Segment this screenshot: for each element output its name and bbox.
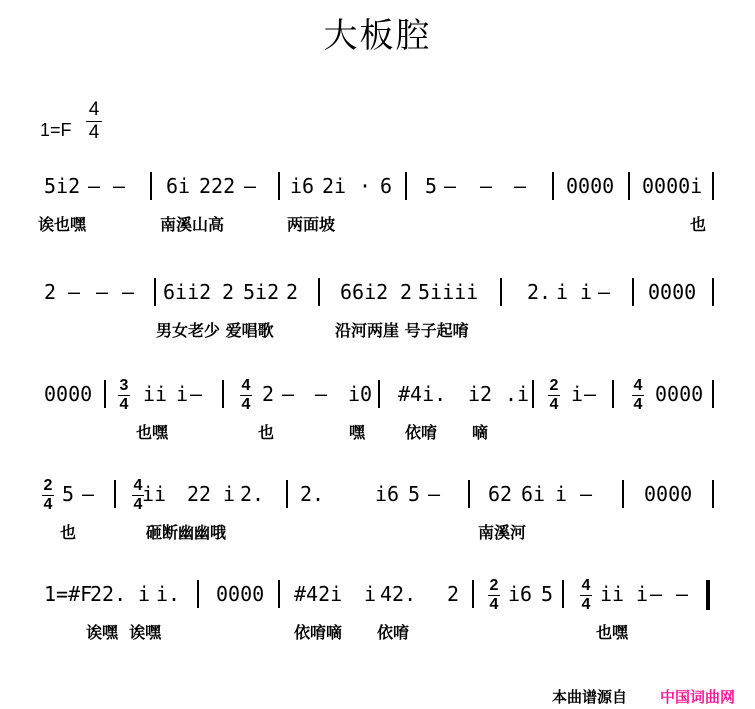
note-group: i xyxy=(364,582,376,606)
score-line: 2———6ii225i2266i225iiii2.ii—0000男女老少 爱唱歌… xyxy=(0,278,755,358)
song-title: 大板腔 xyxy=(0,8,755,57)
note-group: i xyxy=(555,482,567,506)
note-group: 2. xyxy=(300,482,324,506)
barline xyxy=(278,172,280,200)
dash-extension: — xyxy=(122,280,134,304)
lyric: 两面坡 xyxy=(287,212,335,235)
dash-extension: — xyxy=(428,482,440,506)
note-group: 0000 xyxy=(655,382,703,406)
final-barline xyxy=(706,580,710,610)
lyric: 也 xyxy=(258,420,274,443)
time-signature: 4 4 xyxy=(86,100,102,143)
barline xyxy=(104,380,106,408)
note-group: i xyxy=(571,382,583,406)
barline xyxy=(405,172,407,200)
dash-extension: — xyxy=(650,582,662,606)
note-group: i2 xyxy=(468,382,492,406)
barline xyxy=(114,480,116,508)
lyric: 也 xyxy=(60,520,76,543)
lyric: 依唷 xyxy=(377,620,409,643)
dash-extension: — xyxy=(68,280,80,304)
note-group: 222 xyxy=(199,174,235,198)
dash-extension: — xyxy=(514,174,526,198)
dash-extension: — xyxy=(96,280,108,304)
dash-extension: — xyxy=(676,582,688,606)
note-group: 6ii2 xyxy=(163,280,211,304)
dash-extension: — xyxy=(282,382,294,406)
barline xyxy=(154,278,156,306)
note-group: 6i xyxy=(166,174,190,198)
barline xyxy=(552,172,554,200)
source-label: 本曲谱源自 xyxy=(552,686,627,707)
note-group: 2. xyxy=(527,280,551,304)
barline xyxy=(286,480,288,508)
lyric: 沿河两崖 号子起唷 xyxy=(335,318,469,341)
barline xyxy=(712,278,714,306)
score-line: 5i2——6i222—i62i·65———00000000i诶也嘿南溪山高两面坡… xyxy=(0,172,755,252)
barline xyxy=(628,172,630,200)
note-group: .i xyxy=(505,382,529,406)
note-group: 2 xyxy=(286,280,298,304)
note-group: #42i xyxy=(294,582,342,606)
lyric: 诶嘿 诶嘿 xyxy=(86,620,161,643)
note-group: 22 xyxy=(187,482,211,506)
note-group: 5 xyxy=(425,174,437,198)
barline xyxy=(612,380,614,408)
lyric: 南溪河 xyxy=(478,520,526,543)
note-group: 2. xyxy=(240,482,264,506)
barline xyxy=(562,580,564,608)
barline xyxy=(712,172,714,200)
barline xyxy=(622,480,624,508)
note-group: 2 xyxy=(44,280,56,304)
dash-extension: — xyxy=(190,382,202,406)
note-group: i xyxy=(636,582,648,606)
note-group: 0000 xyxy=(566,174,614,198)
barline xyxy=(532,380,534,408)
note-group: #4i. xyxy=(398,382,446,406)
note-group: i xyxy=(138,582,150,606)
barline xyxy=(378,380,380,408)
note-group: 5 xyxy=(541,582,553,606)
time-signature-change: 44 xyxy=(132,478,144,513)
lyric: 砸断幽幽哦 xyxy=(146,520,226,543)
barline xyxy=(632,278,634,306)
note-group: 42. xyxy=(380,582,416,606)
dash-extension: — xyxy=(480,174,492,198)
note-group: 66i2 xyxy=(340,280,388,304)
time-signature-bottom: 4 xyxy=(86,123,102,143)
time-signature-top: 4 xyxy=(86,100,102,120)
barline xyxy=(472,580,474,608)
lyric: 嘿 xyxy=(349,420,365,443)
note-group: 0000 xyxy=(644,482,692,506)
note-group: 2 xyxy=(222,280,234,304)
note-group: ii xyxy=(143,382,167,406)
dash-extension: — xyxy=(88,174,100,198)
time-signature-change: 24 xyxy=(42,478,54,513)
note-group: 5 xyxy=(62,482,74,506)
note-group: i xyxy=(580,280,592,304)
site-name-link[interactable]: 中国词曲网 xyxy=(660,686,735,707)
lyric: 也嘿 xyxy=(136,420,168,443)
key-signature: 1=F xyxy=(40,120,72,141)
dash-extension: — xyxy=(113,174,125,198)
note-group: 0000 xyxy=(648,280,696,304)
time-signature-change: 44 xyxy=(240,378,252,413)
note-group: i. xyxy=(156,582,180,606)
note-group: i0 xyxy=(348,382,372,406)
note-group: 0000i xyxy=(642,174,702,198)
lyric: 依唷 xyxy=(405,420,437,443)
score-line: 0000iii—2——i0#4i.i2.ii—000034442444也嘿也嘿依… xyxy=(0,380,755,460)
note-group: i xyxy=(223,482,235,506)
note-group: 62 xyxy=(488,482,512,506)
time-signature-change: 24 xyxy=(548,378,560,413)
note-group: 0000 xyxy=(216,582,264,606)
lyric: 依唷嘀 xyxy=(294,620,342,643)
barline xyxy=(468,480,470,508)
note-group: ii xyxy=(600,582,624,606)
barline xyxy=(222,380,224,408)
barline xyxy=(150,172,152,200)
note-group: 5i2 xyxy=(243,280,279,304)
note-group: 2 xyxy=(262,382,274,406)
note-group: 5i2 xyxy=(44,174,80,198)
note-group: 22. xyxy=(90,582,126,606)
lyric: 诶也嘿 xyxy=(38,212,86,235)
barline xyxy=(197,580,199,608)
note-group: 2 xyxy=(400,280,412,304)
note-group: i6 xyxy=(375,482,399,506)
barline xyxy=(500,278,502,306)
lyric: 男女老少 爱唱歌 xyxy=(156,318,274,341)
barline xyxy=(712,480,714,508)
dash-extension: — xyxy=(584,382,596,406)
note-group: 6i xyxy=(521,482,545,506)
score-line: 5—ii22i2.2.i65—626ii—00002444也砸断幽幽哦南溪河 xyxy=(0,480,755,560)
time-signature-change: 44 xyxy=(580,578,592,613)
note-group: ii xyxy=(142,482,166,506)
note-group: i6 xyxy=(290,174,314,198)
dash-extension: — xyxy=(580,482,592,506)
note-group: i xyxy=(176,382,188,406)
note-group: i xyxy=(556,280,568,304)
barline xyxy=(712,380,714,408)
lyric: 也嘿 xyxy=(596,620,628,643)
note-group: i6 xyxy=(508,582,532,606)
dash-extension: — xyxy=(82,482,94,506)
dash-extension: — xyxy=(598,280,610,304)
barline xyxy=(318,278,320,306)
note-group: 0000 xyxy=(44,382,92,406)
note-group: 2i xyxy=(322,174,346,198)
note-group: 5iiii xyxy=(418,280,478,304)
note-group: 2 xyxy=(447,582,459,606)
dash-extension: — xyxy=(244,174,256,198)
lyric: 嘀 xyxy=(472,420,488,443)
lyric: 南溪山高 xyxy=(160,212,224,235)
time-signature-change: 34 xyxy=(118,378,130,413)
dash-extension: — xyxy=(315,382,327,406)
score-line: 1=#F22.ii.0000#42ii42.2i65iii——2444诶嘿 诶嘿… xyxy=(0,580,755,660)
note-group: 5 xyxy=(408,482,420,506)
lyric: 也 xyxy=(690,212,706,235)
time-signature-change: 44 xyxy=(632,378,644,413)
dash-extension: — xyxy=(444,174,456,198)
note-group: 6 xyxy=(380,174,392,198)
note-group: 1=#F xyxy=(44,582,92,606)
barline xyxy=(278,580,280,608)
time-signature-change: 24 xyxy=(488,578,500,613)
note-group: · xyxy=(359,174,371,198)
